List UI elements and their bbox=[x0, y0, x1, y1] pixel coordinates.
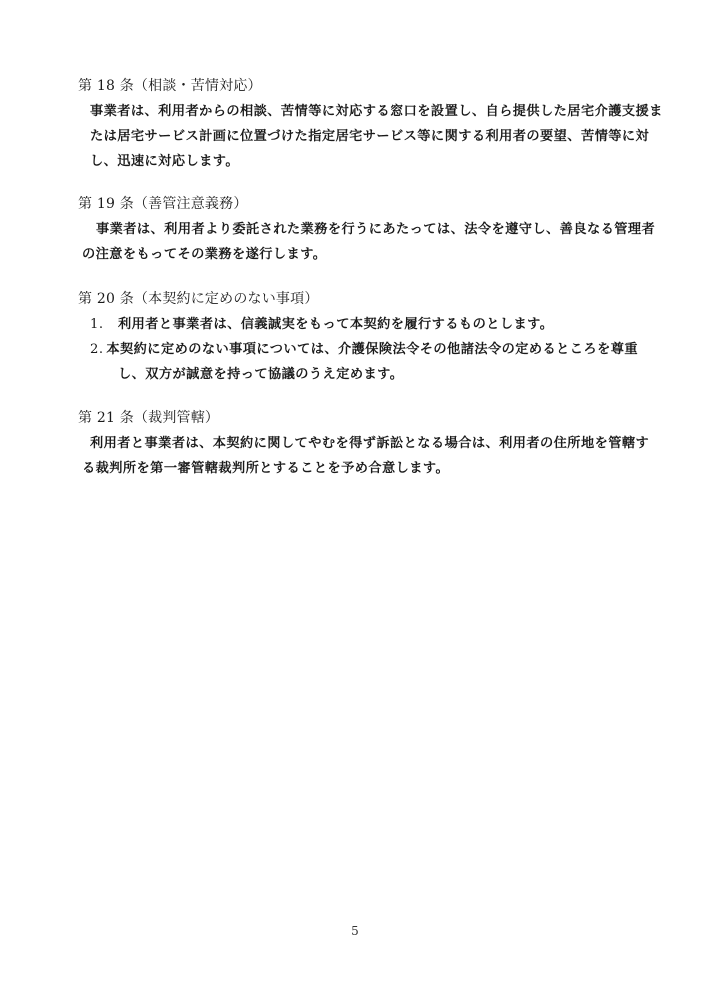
list-item-text: 利用者と事業者は、信義誠実をもって本契約を履行するものとします。 bbox=[118, 312, 553, 337]
article-text-line: る裁判所を第一審管轄裁判所とすることを予め合意します。 bbox=[78, 456, 638, 481]
list-item: 2. 本契約に定めのない事項については、介護保険法令その他諸法令の定めるところを… bbox=[78, 337, 638, 362]
article-heading: 第 20 条（本契約に定めのない事項） bbox=[78, 288, 638, 310]
list-item-text: 本契約に定めのない事項については、介護保険法令その他諸法令の定めるところを尊重 bbox=[106, 337, 638, 362]
article-text-line: の注意をもってその業務を遂行します。 bbox=[78, 242, 638, 267]
article-21: 第 21 条（裁判管轄） 利用者と事業者は、本契約に関してやむを得ず訴訟となる場… bbox=[78, 407, 638, 481]
article-19: 第 19 条（善管注意義務） 事業者は、利用者より委託された業務を行うにあたって… bbox=[78, 193, 638, 267]
article-20: 第 20 条（本契約に定めのない事項） 1. 利用者と事業者は、信義誠実をもって… bbox=[78, 288, 638, 387]
list-item-continuation: し、双方が誠意を持って協議のうえ定めます。 bbox=[78, 362, 638, 387]
article-heading: 第 18 条（相談・苦情対応） bbox=[78, 75, 638, 97]
article-text-line: たは居宅サービス計画に位置づけた指定居宅サービス等に関する利用者の要望、苦情等に… bbox=[78, 124, 638, 149]
list-item-number: 2. bbox=[78, 337, 106, 362]
article-text-line: 利用者と事業者は、本契約に関してやむを得ず訴訟となる場合は、利用者の住所地を管轄… bbox=[78, 431, 638, 456]
list-item: 1. 利用者と事業者は、信義誠実をもって本契約を履行するものとします。 bbox=[78, 312, 638, 337]
page-number: 5 bbox=[0, 924, 710, 938]
document-page: 第 18 条（相談・苦情対応） 事業者は、利用者からの相談、苦情等に対応する窓口… bbox=[0, 0, 710, 1004]
article-heading: 第 21 条（裁判管轄） bbox=[78, 407, 638, 429]
article-text-line: し、迅速に対応します。 bbox=[78, 149, 638, 174]
article-18: 第 18 条（相談・苦情対応） 事業者は、利用者からの相談、苦情等に対応する窓口… bbox=[78, 75, 638, 174]
article-heading: 第 19 条（善管注意義務） bbox=[78, 193, 638, 215]
list-item-number: 1. bbox=[78, 312, 118, 337]
article-text-line: 事業者は、利用者からの相談、苦情等に対応する窓口を設置し、自ら提供した居宅介護支… bbox=[78, 99, 638, 124]
article-text-line: 事業者は、利用者より委託された業務を行うにあたっては、法令を遵守し、善良なる管理… bbox=[78, 217, 638, 242]
